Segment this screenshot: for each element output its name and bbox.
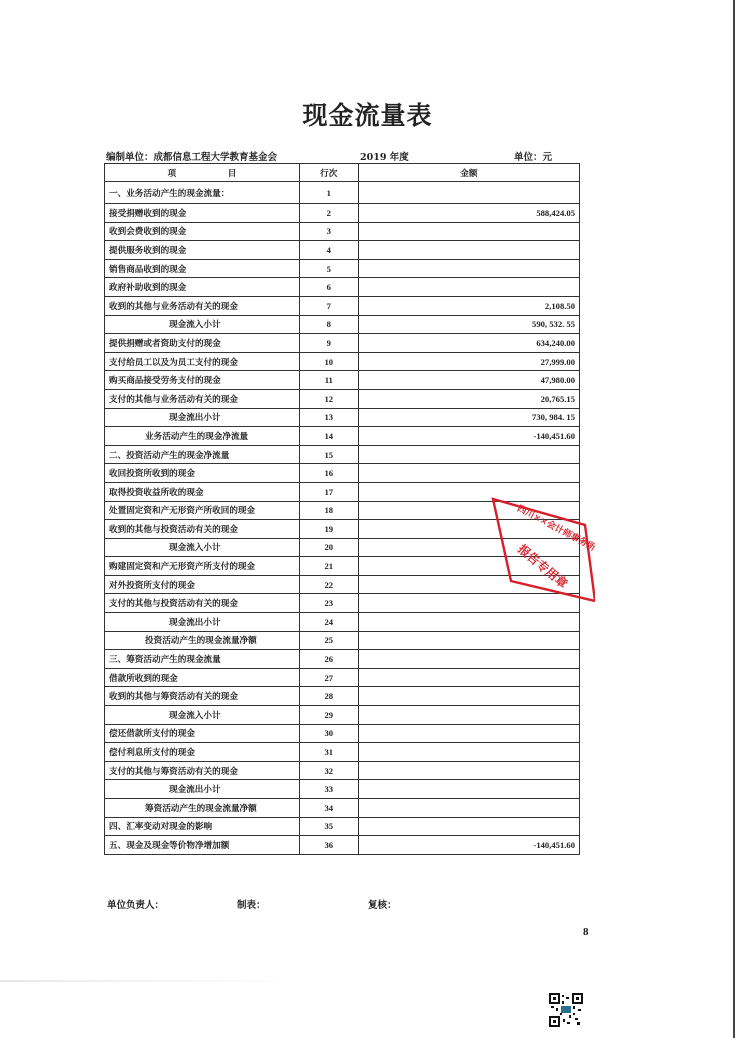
table-row: 支付的其他与筹资活动有关的现金32 [105, 761, 580, 780]
row-amount [358, 631, 579, 650]
row-line-number: 4 [299, 241, 358, 260]
table-header-row: 项 目 行次 金额 [105, 164, 580, 182]
row-amount: 730, 984. 15 [358, 408, 579, 427]
table-row: 二、投资活动产生的现金净流量15 [105, 445, 580, 464]
row-item: 接受捐赠收到的现金 [105, 204, 300, 223]
row-line-number: 36 [299, 836, 358, 855]
row-line-number: 13 [299, 408, 358, 427]
row-line-number: 12 [299, 389, 358, 408]
row-amount: 588,424.05 [358, 204, 579, 223]
row-item: 现金流入小计 [105, 706, 300, 725]
table-row: 业务活动产生的现金净流量14-140,451.60 [105, 427, 580, 446]
row-line-number: 15 [299, 445, 358, 464]
row-line-number: 33 [299, 780, 358, 799]
row-item: 业务活动产生的现金净流量 [105, 427, 300, 446]
row-line-number: 7 [299, 296, 358, 315]
row-amount [358, 668, 579, 687]
table-row: 借款所收到的现金27 [105, 668, 580, 687]
row-item: 现金流入小计 [105, 538, 300, 557]
row-amount: -140,451.60 [358, 427, 579, 446]
row-amount [358, 780, 579, 799]
row-line-number: 9 [299, 334, 358, 353]
row-item: 购建固定资和产无形资产所支付的现金 [105, 557, 300, 576]
row-item: 处置固定资和产无形资产所收回的现金 [105, 501, 300, 520]
row-item: 筹资活动产生的现金流量净额 [105, 799, 300, 818]
row-line-number: 5 [299, 259, 358, 278]
row-amount [358, 464, 579, 483]
row-line-number: 8 [299, 315, 358, 334]
row-item: 现金流出小计 [105, 613, 300, 632]
row-line-number: 1 [299, 182, 358, 204]
header-line: 行次 [299, 164, 358, 182]
row-item: 政府补助收到的现金 [105, 278, 300, 297]
table-row: 支付的其他与业务活动有关的现金1220,765.15 [105, 389, 580, 408]
row-line-number: 14 [299, 427, 358, 446]
row-line-number: 22 [299, 575, 358, 594]
row-line-number: 18 [299, 501, 358, 520]
document-title: 现金流量表 [0, 96, 735, 132]
table-row: 现金流出小计13730, 984. 15 [105, 408, 580, 427]
prepared-by-label: 制表： [237, 897, 266, 911]
table-row: 三、筹资活动产生的现金流量26 [105, 650, 580, 669]
row-amount [358, 222, 579, 241]
row-item: 收到会费收到的现金 [105, 222, 300, 241]
row-line-number: 27 [299, 668, 358, 687]
table-row: 提供服务收到的现金4 [105, 241, 580, 260]
row-item: 借款所收到的现金 [105, 668, 300, 687]
row-item: 一、业务活动产生的现金流量： [105, 182, 300, 204]
row-line-number: 34 [299, 799, 358, 818]
reviewed-by-label: 复核： [368, 897, 397, 911]
row-amount: 590, 532. 55 [358, 315, 579, 334]
row-amount [358, 687, 579, 706]
row-line-number: 2 [299, 204, 358, 223]
row-item: 销售商品收到的现金 [105, 259, 300, 278]
row-line-number: 17 [299, 482, 358, 501]
currency-unit: 单位：元 [514, 149, 552, 163]
row-item: 现金流出小计 [105, 780, 300, 799]
row-item: 五、现金及现金等价物净增加额 [105, 836, 300, 855]
row-line-number: 35 [299, 817, 358, 836]
row-amount [358, 182, 579, 204]
row-amount [358, 761, 579, 780]
row-amount [358, 706, 579, 725]
row-item: 对外投资所支付的现金 [105, 575, 300, 594]
table-row: 支付给员工以及为员工支付的现金1027,999.00 [105, 352, 580, 371]
scan-artifact [0, 980, 300, 982]
table-row: 筹资活动产生的现金流量净额34 [105, 799, 580, 818]
row-line-number: 3 [299, 222, 358, 241]
row-item: 投资活动产生的现金流量净额 [105, 631, 300, 650]
row-item: 三、筹资活动产生的现金流量 [105, 650, 300, 669]
row-line-number: 23 [299, 594, 358, 613]
row-line-number: 24 [299, 613, 358, 632]
row-item: 提供捐赠或者资助支付的现金 [105, 334, 300, 353]
row-line-number: 21 [299, 557, 358, 576]
table-row: 现金流出小计24 [105, 613, 580, 632]
row-amount [358, 724, 579, 743]
row-item: 收到的其他与投资活动有关的现金 [105, 520, 300, 539]
header-amount: 金额 [358, 164, 579, 182]
row-amount [358, 817, 579, 836]
table-row: 收到的其他与业务活动有关的现金72,108.50 [105, 296, 580, 315]
row-line-number: 29 [299, 706, 358, 725]
table-row: 政府补助收到的现金6 [105, 278, 580, 297]
row-item: 四、汇率变动对现金的影响 [105, 817, 300, 836]
row-amount: 27,999.00 [358, 352, 579, 371]
row-line-number: 28 [299, 687, 358, 706]
row-item: 偿还借款所支付的现金 [105, 724, 300, 743]
row-item: 取得投资收益所收的现金 [105, 482, 300, 501]
row-item: 提供服务收到的现金 [105, 241, 300, 260]
table-row: 现金流入小计8590, 532. 55 [105, 315, 580, 334]
row-line-number: 32 [299, 761, 358, 780]
row-amount: 20,765.15 [358, 389, 579, 408]
row-amount [358, 743, 579, 762]
responsible-person-label: 单位负责人： [107, 897, 164, 911]
org-label: 编制单位：成都信息工程大学教育基金会 [106, 149, 277, 163]
row-line-number: 6 [299, 278, 358, 297]
table-row: 现金流入小计29 [105, 706, 580, 725]
row-amount [358, 613, 579, 632]
row-amount [358, 799, 579, 818]
report-period: 2019 年度 [360, 149, 409, 163]
row-line-number: 19 [299, 520, 358, 539]
row-amount [358, 259, 579, 278]
qr-code-icon [549, 993, 583, 1027]
table-row: 购买商品接受劳务支付的现金1147,980.00 [105, 371, 580, 390]
table-row: 一、业务活动产生的现金流量：1 [105, 182, 580, 204]
table-row: 投资活动产生的现金流量净额25 [105, 631, 580, 650]
row-item: 收回投资所收到的现金 [105, 464, 300, 483]
row-line-number: 16 [299, 464, 358, 483]
row-item: 收到的其他与业务活动有关的现金 [105, 296, 300, 315]
table-row: 收到会费收到的现金3 [105, 222, 580, 241]
red-seal-stamp-icon: 四川××会计师事务所 报告专用章 [487, 497, 595, 605]
row-amount: 2,108.50 [358, 296, 579, 315]
table-row: 偿付利息所支付的现金31 [105, 743, 580, 762]
row-amount [358, 241, 579, 260]
table-row: 收回投资所收到的现金16 [105, 464, 580, 483]
row-amount: -140,451.60 [358, 836, 579, 855]
table-row: 收到的其他与筹资活动有关的现金28 [105, 687, 580, 706]
row-item: 支付给员工以及为员工支付的现金 [105, 352, 300, 371]
row-item: 支付的其他与业务活动有关的现金 [105, 389, 300, 408]
row-item: 购买商品接受劳务支付的现金 [105, 371, 300, 390]
row-line-number: 11 [299, 371, 358, 390]
table-row: 五、现金及现金等价物净增加额36-140,451.60 [105, 836, 580, 855]
table-row: 接受捐赠收到的现金2588,424.05 [105, 204, 580, 223]
row-line-number: 26 [299, 650, 358, 669]
row-item: 现金流入小计 [105, 315, 300, 334]
row-line-number: 30 [299, 724, 358, 743]
row-amount [358, 445, 579, 464]
row-item: 支付的其他与筹资活动有关的现金 [105, 761, 300, 780]
row-item: 收到的其他与筹资活动有关的现金 [105, 687, 300, 706]
row-item: 支付的其他与投资活动有关的现金 [105, 594, 300, 613]
table-row: 现金流出小计33 [105, 780, 580, 799]
row-amount [358, 278, 579, 297]
header-item: 项 目 [105, 164, 300, 182]
row-item: 现金流出小计 [105, 408, 300, 427]
page-number: 8 [583, 926, 589, 938]
row-item: 二、投资活动产生的现金净流量 [105, 445, 300, 464]
row-line-number: 20 [299, 538, 358, 557]
row-line-number: 10 [299, 352, 358, 371]
row-amount: 634,240.00 [358, 334, 579, 353]
row-item: 偿付利息所支付的现金 [105, 743, 300, 762]
table-row: 偿还借款所支付的现金30 [105, 724, 580, 743]
row-line-number: 25 [299, 631, 358, 650]
row-amount: 47,980.00 [358, 371, 579, 390]
row-amount [358, 650, 579, 669]
table-row: 四、汇率变动对现金的影响35 [105, 817, 580, 836]
row-line-number: 31 [299, 743, 358, 762]
table-row: 销售商品收到的现金5 [105, 259, 580, 278]
table-row: 提供捐赠或者资助支付的现金9634,240.00 [105, 334, 580, 353]
